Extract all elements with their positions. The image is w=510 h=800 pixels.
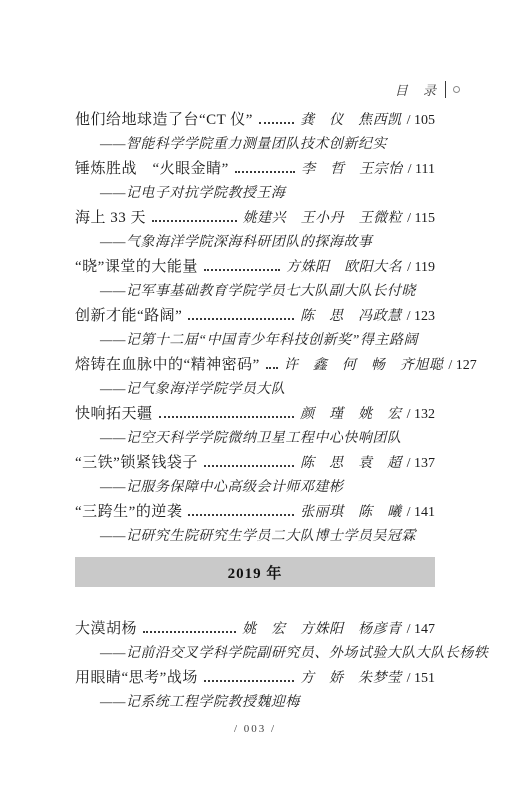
toc-entry-authors: 陈 思 冯政慧 bbox=[300, 305, 402, 329]
toc-entry-page: / 123 bbox=[407, 305, 435, 329]
toc-entry: 创新才能“路阔” 陈 思 冯政慧 / 123 ——记第十二届“中国青少年科技创新… bbox=[75, 304, 435, 353]
toc-entry-page: / 115 bbox=[407, 207, 435, 231]
toc-entry-authors: 龚 仪 焦西凯 bbox=[300, 109, 402, 133]
toc-entry-title: “三跨生”的逆袭 bbox=[75, 500, 182, 524]
toc-entry-page: / 147 bbox=[407, 618, 435, 642]
toc-entry-subtitle: ——记前沿交叉学科学院副研究员、外场试验大队大队长杨轶 bbox=[75, 642, 435, 666]
toc-entry-subtitle: ——智能科学学院重力测量团队技术创新纪实 bbox=[75, 133, 435, 157]
toc-entry-main: 熔铸在血脉中的“精神密码” 许 鑫 何 畅 齐旭聪 / 127 bbox=[75, 353, 435, 378]
dot-leader bbox=[235, 171, 295, 173]
toc-entry-authors: 姚建兴 王小丹 王微粒 bbox=[243, 207, 403, 231]
toc-entry-title: 锤炼胜战 “火眼金睛” bbox=[75, 157, 229, 181]
toc-entry-main: 他们给地球造了台“CT 仪” 龚 仪 焦西凯 / 105 bbox=[75, 108, 435, 133]
toc-entry-authors: 方 娇 朱梦莹 bbox=[300, 667, 402, 691]
dot-leader bbox=[266, 367, 278, 369]
toc-entry-main: 快响拓天疆 颜 瑾 姚 宏 / 132 bbox=[75, 402, 435, 427]
section-band-label: 2019 年 bbox=[228, 562, 283, 583]
page-number: / 003 / bbox=[75, 723, 435, 735]
dot-leader bbox=[143, 631, 236, 633]
toc-entry: 熔铸在血脉中的“精神密码” 许 鑫 何 畅 齐旭聪 / 127 ——记气象海洋学… bbox=[75, 353, 435, 402]
toc-entry-page: / 105 bbox=[407, 109, 435, 133]
toc-entry-authors: 颜 瑾 姚 宏 bbox=[300, 403, 402, 427]
toc-entry-page: / 119 bbox=[407, 256, 435, 280]
toc-entry-authors: 陈 思 袁 超 bbox=[300, 452, 402, 476]
toc-entry-subtitle: ——记服务保障中心高级会计师邓建彬 bbox=[75, 476, 435, 500]
toc-entry-page: / 137 bbox=[407, 452, 435, 476]
toc-entry-title: 快响拓天疆 bbox=[75, 402, 153, 426]
running-head-divider bbox=[445, 81, 446, 98]
dot-leader bbox=[188, 318, 294, 320]
toc-entry-main: 海上 33 天 姚建兴 王小丹 王微粒 / 115 bbox=[75, 206, 435, 231]
toc-entry-subtitle: ——记军事基础教育学院学员七大队副大队长付晓 bbox=[75, 280, 435, 304]
dot-leader bbox=[188, 514, 294, 516]
toc-entry: 用眼睛“思考”战场 方 娇 朱梦莹 / 151 ——记系统工程学院教授魏迎梅 bbox=[75, 666, 435, 715]
toc-entry-page: / 127 bbox=[448, 354, 476, 378]
toc-entry-authors: 方姝阳 欧阳大名 bbox=[286, 256, 402, 280]
running-head: 目 录 bbox=[0, 0, 510, 98]
dot-leader bbox=[152, 220, 237, 222]
toc-entry-authors: 姚 宏 方姝阳 杨彦青 bbox=[242, 618, 402, 642]
toc-entry-title: “晓”课堂的大能量 bbox=[75, 255, 198, 279]
toc-entry-main: 锤炼胜战 “火眼金睛” 李 哲 王宗怡 / 111 bbox=[75, 157, 435, 182]
dot-leader bbox=[159, 416, 295, 418]
toc-entry-title: 大漠胡杨 bbox=[75, 617, 137, 641]
circle-outline-icon bbox=[453, 86, 460, 93]
toc-entry-main: “三铁”锁紧钱袋子 陈 思 袁 超 / 137 bbox=[75, 451, 435, 476]
toc-entry-title: 用眼睛“思考”战场 bbox=[75, 666, 198, 690]
toc-entry-authors: 张丽琪 陈 曦 bbox=[300, 501, 402, 525]
toc-entry: “三铁”锁紧钱袋子 陈 思 袁 超 / 137 ——记服务保障中心高级会计师邓建… bbox=[75, 451, 435, 500]
toc-entry-subtitle: ——记系统工程学院教授魏迎梅 bbox=[75, 691, 435, 715]
toc-entry-main: “晓”课堂的大能量 方姝阳 欧阳大名 / 119 bbox=[75, 255, 435, 280]
toc-entry: 快响拓天疆 颜 瑾 姚 宏 / 132 ——记空天科学学院微纳卫星工程中心快响团… bbox=[75, 402, 435, 451]
toc-entry-title: 他们给地球造了台“CT 仪” bbox=[75, 108, 253, 132]
toc-entry-title: 创新才能“路阔” bbox=[75, 304, 182, 328]
toc-entry: 大漠胡杨 姚 宏 方姝阳 杨彦青 / 147 ——记前沿交叉学科学院副研究员、外… bbox=[75, 617, 435, 666]
toc-entry-title: 海上 33 天 bbox=[75, 206, 146, 230]
toc-entry-page: / 132 bbox=[407, 403, 435, 427]
toc-entry-authors: 李 哲 王宗怡 bbox=[301, 158, 403, 182]
dot-leader bbox=[259, 122, 294, 124]
toc-entry-main: 用眼睛“思考”战场 方 娇 朱梦莹 / 151 bbox=[75, 666, 435, 691]
toc-entry-subtitle: ——气象海洋学院深海科研团队的探海故事 bbox=[75, 231, 435, 255]
toc-entry-subtitle: ——记电子对抗学院教授王海 bbox=[75, 182, 435, 206]
dot-leader bbox=[204, 465, 294, 467]
toc-entry-page: / 141 bbox=[407, 501, 435, 525]
toc-list: 他们给地球造了台“CT 仪” 龚 仪 焦西凯 / 105 ——智能科学学院重力测… bbox=[0, 98, 510, 735]
dot-leader bbox=[204, 680, 294, 682]
toc-entry-authors: 许 鑫 何 畅 齐旭聪 bbox=[284, 354, 444, 378]
toc-entry-main: 创新才能“路阔” 陈 思 冯政慧 / 123 bbox=[75, 304, 435, 329]
toc-entry: 海上 33 天 姚建兴 王小丹 王微粒 / 115 ——气象海洋学院深海科研团队… bbox=[75, 206, 435, 255]
toc-entry-title: 熔铸在血脉中的“精神密码” bbox=[75, 353, 260, 377]
toc-entry-subtitle: ——记空天科学学院微纳卫星工程中心快响团队 bbox=[75, 427, 435, 451]
toc-entry-subtitle: ——记研究生院研究生学员二大队博士学员吴冠霖 bbox=[75, 525, 435, 549]
toc-entry-main: 大漠胡杨 姚 宏 方姝阳 杨彦青 / 147 bbox=[75, 617, 435, 642]
section-band-2019: 2019 年 bbox=[75, 557, 435, 587]
toc-entry: 他们给地球造了台“CT 仪” 龚 仪 焦西凯 / 105 ——智能科学学院重力测… bbox=[75, 108, 435, 157]
toc-entry-subtitle: ——记气象海洋学院学员大队 bbox=[75, 378, 435, 402]
toc-entry-page: / 151 bbox=[407, 667, 435, 691]
toc-entry-page: / 111 bbox=[408, 158, 435, 182]
toc-entry-title: “三铁”锁紧钱袋子 bbox=[75, 451, 198, 475]
toc-entry: “晓”课堂的大能量 方姝阳 欧阳大名 / 119 ——记军事基础教育学院学员七大… bbox=[75, 255, 435, 304]
toc-entry: “三跨生”的逆袭 张丽琪 陈 曦 / 141 ——记研究生院研究生学员二大队博士… bbox=[75, 500, 435, 549]
toc-entry-subtitle: ——记第十二届“中国青少年科技创新奖”得主路阔 bbox=[75, 329, 435, 353]
running-head-title: 目 录 bbox=[395, 80, 442, 99]
toc-page: 目 录 他们给地球造了台“CT 仪” 龚 仪 焦西凯 / 105 ——智能科学学… bbox=[0, 0, 510, 800]
dot-leader bbox=[204, 269, 280, 271]
toc-entry: 锤炼胜战 “火眼金睛” 李 哲 王宗怡 / 111 ——记电子对抗学院教授王海 bbox=[75, 157, 435, 206]
toc-entry-main: “三跨生”的逆袭 张丽琪 陈 曦 / 141 bbox=[75, 500, 435, 525]
